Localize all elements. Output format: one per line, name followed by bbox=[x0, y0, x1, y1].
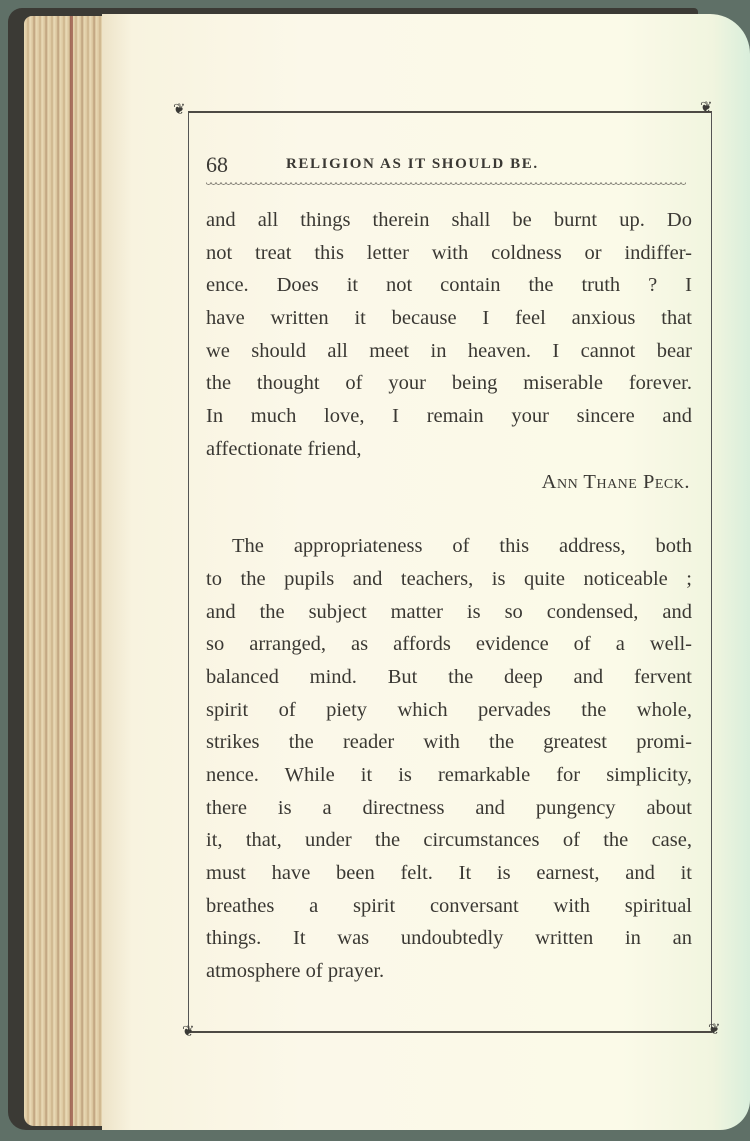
corner-ornament-icon: ❦ bbox=[700, 100, 713, 115]
corner-ornament-icon: ❦ bbox=[173, 102, 186, 117]
text-line: nence. While it is remarkable for simpli… bbox=[206, 759, 692, 792]
text-line: the thought of your being miserable fore… bbox=[206, 367, 692, 400]
text-line: and the subject matter is so condensed, … bbox=[206, 596, 692, 629]
text-line: spirit of piety which pervades the whole… bbox=[206, 694, 692, 727]
text-line: The appropriateness of this address, bot… bbox=[206, 530, 692, 563]
signature: Ann Thane Peck. bbox=[206, 466, 692, 499]
text-line: it, that, under the circumstances of the… bbox=[206, 824, 692, 857]
text-line: and all things therein shall be burnt up… bbox=[206, 204, 692, 237]
page-edges bbox=[24, 16, 112, 1126]
text-line: not treat this letter with coldness or i… bbox=[206, 237, 692, 270]
text-line: things. It was undoubtedly written in an bbox=[206, 922, 692, 955]
page-number: 68 bbox=[206, 152, 228, 178]
wavy-rule bbox=[206, 182, 686, 190]
text-line: atmosphere of prayer. bbox=[206, 955, 692, 988]
text-line: affectionate friend, bbox=[206, 433, 692, 466]
text-line: so arranged, as affords evidence of a we… bbox=[206, 628, 692, 661]
corner-ornament-icon: ❦ bbox=[708, 1022, 721, 1037]
running-head-title: RELIGION AS IT SHOULD BE. bbox=[286, 156, 539, 173]
text-line: have written it because I feel anxious t… bbox=[206, 302, 692, 335]
text-line: balanced mind. But the deep and fervent bbox=[206, 661, 692, 694]
paragraph-gap bbox=[206, 498, 692, 530]
text-line: In much love, I remain your sincere and bbox=[206, 400, 692, 433]
text-line: to the pupils and teachers, is quite not… bbox=[206, 563, 692, 596]
body-text: and all things therein shall be burnt up… bbox=[206, 204, 692, 988]
paragraph-commentary: The appropriateness of this address, bot… bbox=[206, 530, 692, 988]
text-line: strikes the reader with the greatest pro… bbox=[206, 726, 692, 759]
text-line: ence. Does it not contain the truth ? I bbox=[206, 269, 692, 302]
text-line: there is a directness and pungency about bbox=[206, 792, 692, 825]
text-line: breathes a spirit conversant with spirit… bbox=[206, 890, 692, 923]
corner-ornament-icon: ❦ bbox=[182, 1024, 195, 1039]
text-line: we should all meet in heaven. I cannot b… bbox=[206, 335, 692, 368]
running-head: 68 RELIGION AS IT SHOULD BE. bbox=[206, 152, 686, 182]
paragraph-letter-ending: and all things therein shall be burnt up… bbox=[206, 204, 692, 498]
text-line: must have been felt. It is earnest, and … bbox=[206, 857, 692, 890]
